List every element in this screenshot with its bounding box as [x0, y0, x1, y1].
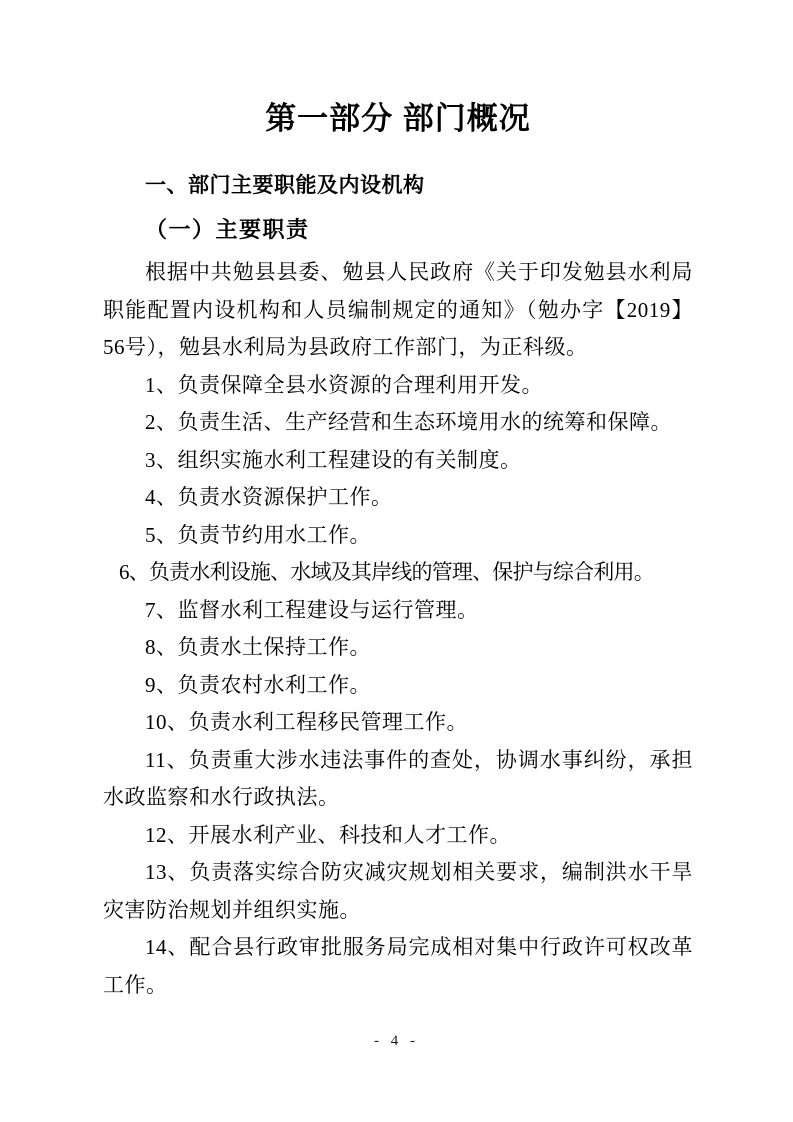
duty-item-14: 14、配合县行政审批服务局完成相对集中行政许可权改革工作。: [103, 929, 693, 1004]
subsection-heading: （一）主要职责: [103, 214, 693, 245]
page-number: - 4 -: [0, 1033, 793, 1050]
duty-item-6: 6、负责水利设施、水域及其岸线的管理、保护与综合利用。: [103, 554, 693, 592]
document-page: 第一部分 部门概况 一、部门主要职能及内设机构 （一）主要职责 根据中共勉县县委…: [0, 0, 793, 1122]
duty-item-12: 12、开展水利产业、科技和人才工作。: [103, 817, 693, 855]
duty-item-5: 5、负责节约用水工作。: [103, 517, 693, 555]
duty-item-7: 7、监督水利工程建设与运行管理。: [103, 592, 693, 630]
duty-item-4: 4、负责水资源保护工作。: [103, 479, 693, 517]
duty-item-3: 3、组织实施水利工程建设的有关制度。: [103, 442, 693, 480]
duty-item-2: 2、负责生活、生产经营和生态环境用水的统筹和保障。: [103, 404, 693, 442]
intro-paragraph: 根据中共勉县县委、勉县人民政府《关于印发勉县水利局职能配置内设机构和人员编制规定…: [103, 254, 693, 367]
duty-item-1: 1、负责保障全县水资源的合理利用开发。: [103, 367, 693, 405]
section-heading: 一、部门主要职能及内设机构: [103, 171, 693, 200]
duty-item-10: 10、负责水利工程移民管理工作。: [103, 704, 693, 742]
duty-item-8: 8、负责水土保持工作。: [103, 629, 693, 667]
duty-item-13: 13、负责落实综合防灾减灾规划相关要求，编制洪水干旱灾害防治规划并组织实施。: [103, 854, 693, 929]
duty-item-11: 11、负责重大涉水违法事件的查处，协调水事纠纷，承担水政监察和水行政执法。: [103, 742, 693, 817]
duty-item-9: 9、负责农村水利工作。: [103, 667, 693, 705]
body-text: 根据中共勉县县委、勉县人民政府《关于印发勉县水利局职能配置内设机构和人员编制规定…: [103, 254, 693, 1004]
page-title: 第一部分 部门概况: [103, 96, 693, 142]
